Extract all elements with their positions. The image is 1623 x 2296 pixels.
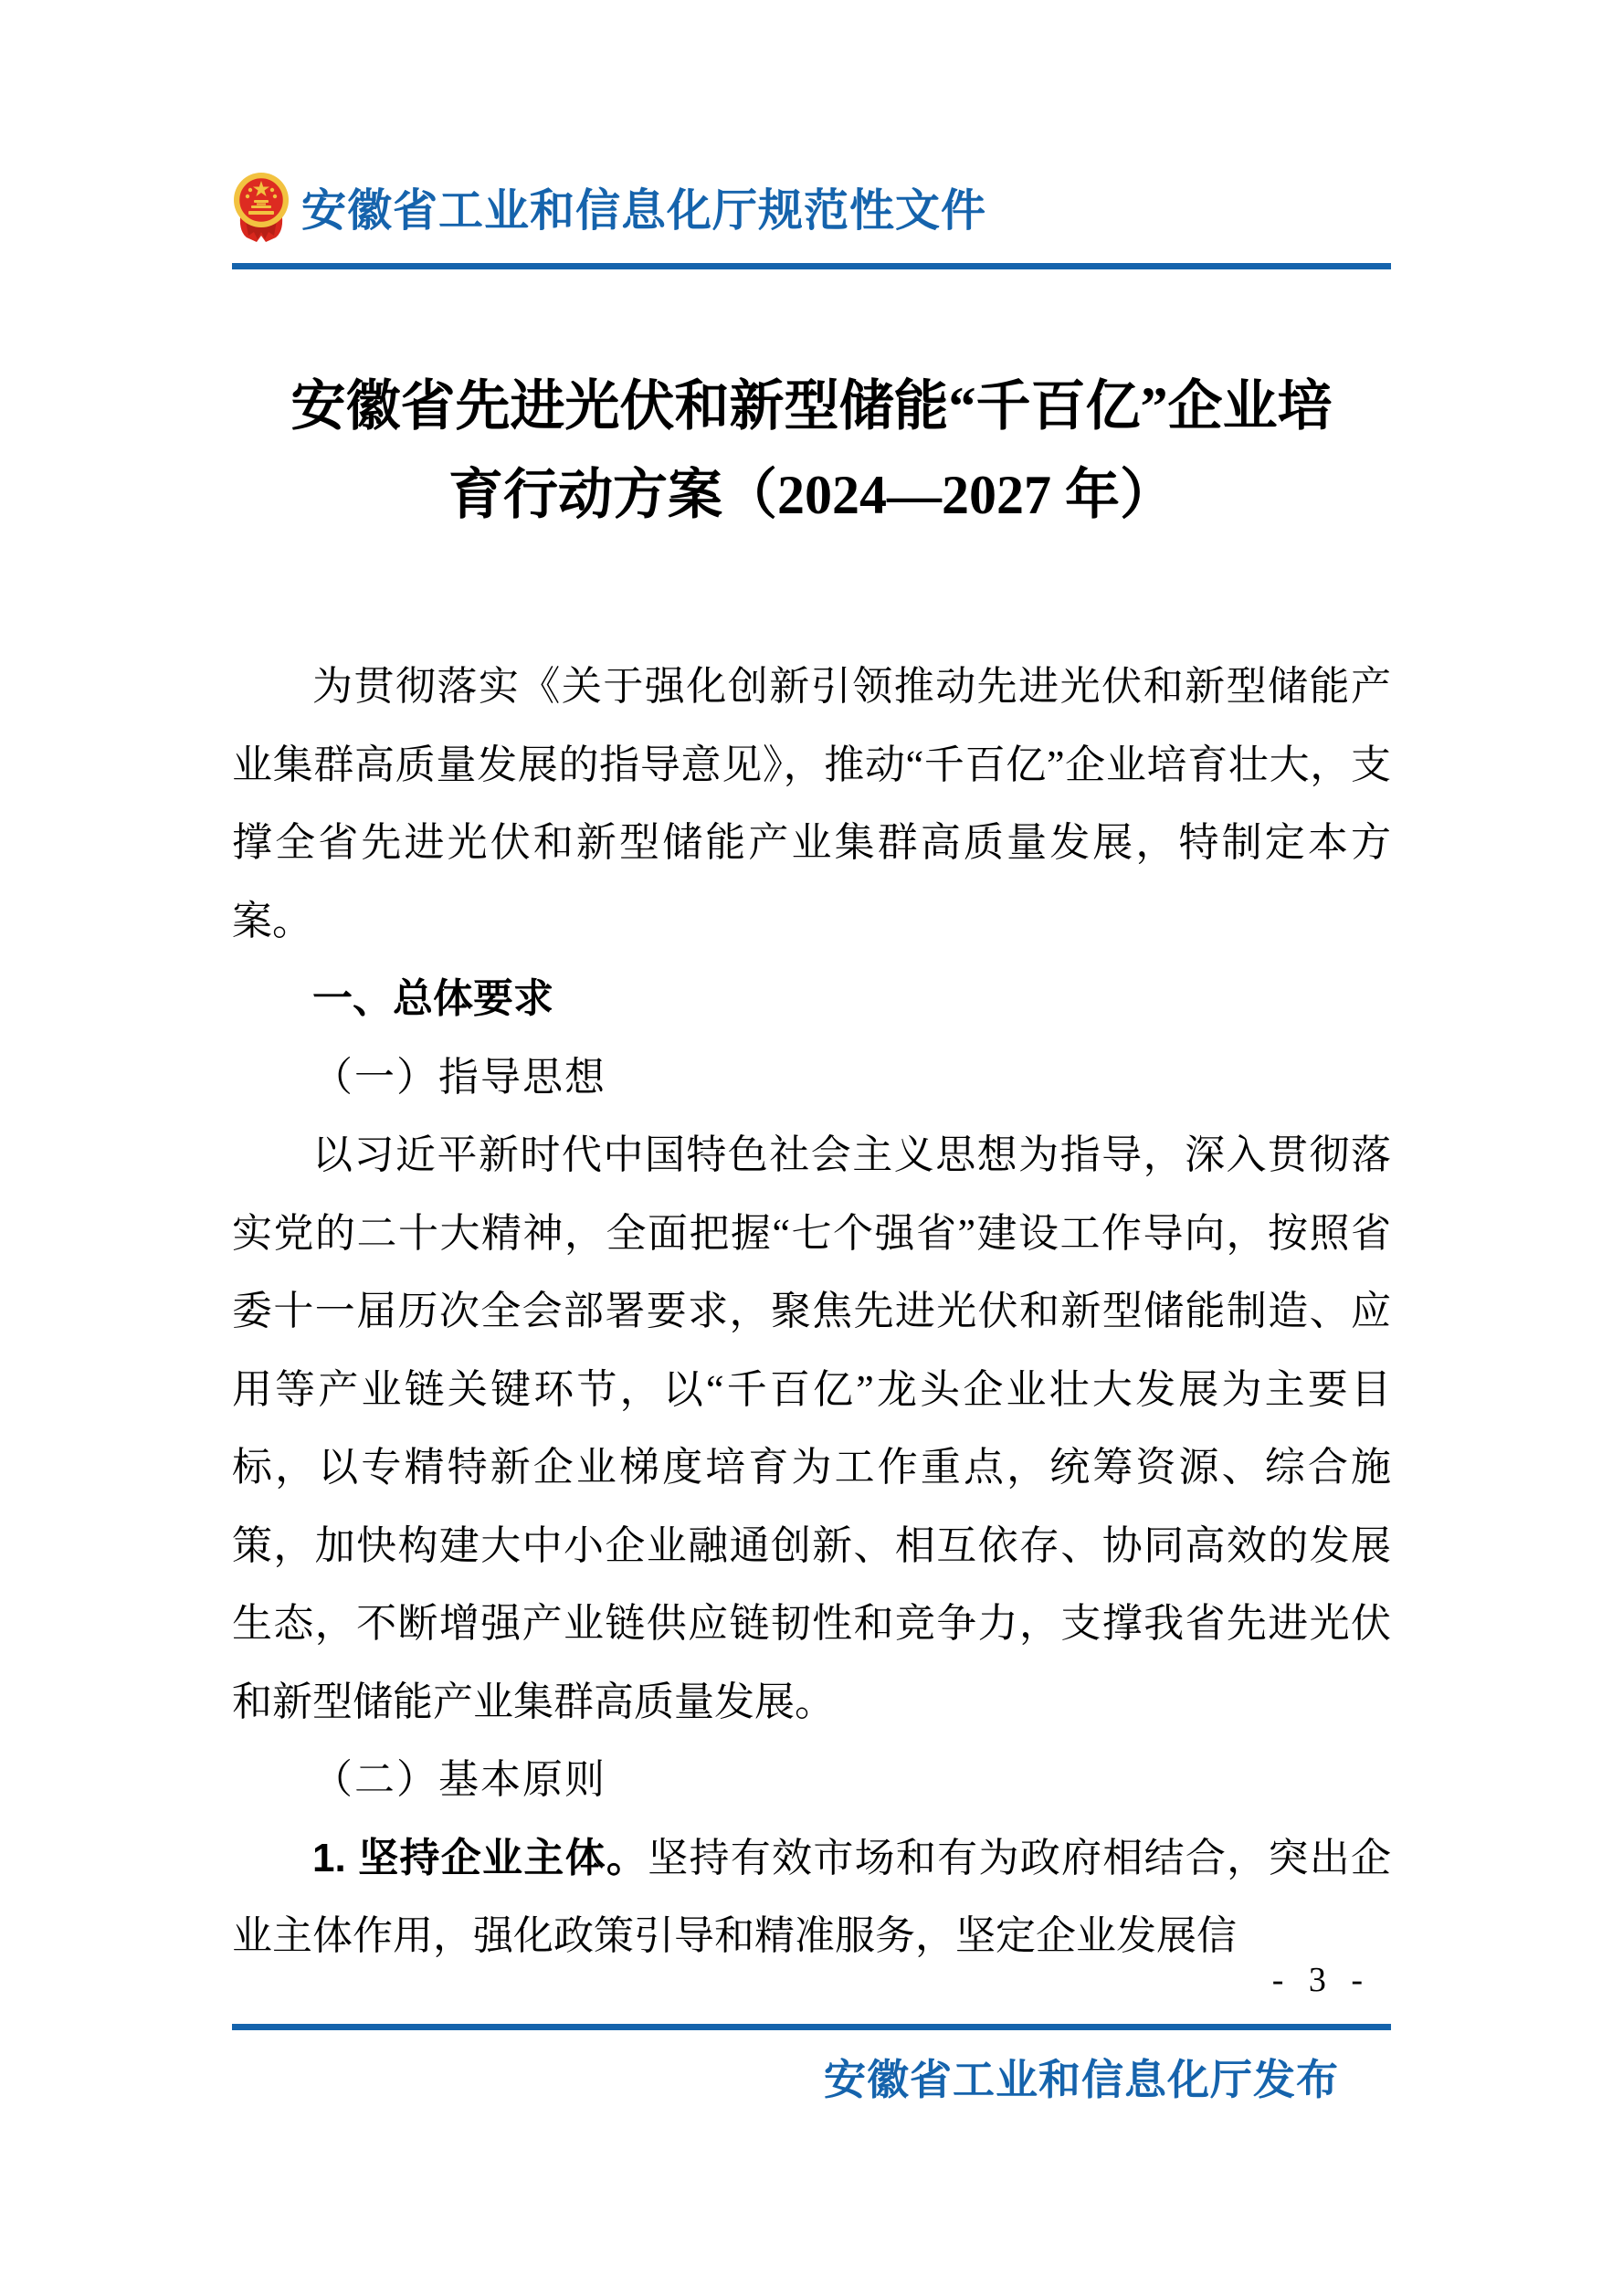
footer-publisher: 安徽省工业和信息化厅发布 xyxy=(824,2047,1339,2107)
paragraph-lead-bold: 1. 坚持企业主体。 xyxy=(312,1836,648,1880)
section-heading: （二）基本原则 xyxy=(232,1741,1391,1819)
document-body: 为贯彻落实《关于强化创新引领推动先进光伏和新型储能产业集群高质量发展的指导意见》… xyxy=(232,648,1391,1975)
document-title-line1: 安徽省先进光伏和新型储能“千百亿”企业培 xyxy=(232,363,1391,451)
document-title-line2: 育行动方案（2024—2027 年） xyxy=(232,451,1391,540)
section-heading: 一、总体要求 xyxy=(232,960,1391,1038)
paragraph: 以习近平新时代中国特色社会主义思想为指导，深入贯彻落实党的二十大精神，全面把握“… xyxy=(232,1116,1391,1741)
page-number: - 3 - xyxy=(1272,1960,1371,2000)
header-banner-text: 安徽省工业和信息化厅规范性文件 xyxy=(301,175,986,239)
document-header: 安徽省工业和信息化厅规范性文件 xyxy=(232,172,1391,243)
paragraph: 为贯彻落实《关于强化创新引领推动先进光伏和新型储能产业集群高质量发展的指导意见》… xyxy=(232,648,1391,960)
paragraph: 1. 坚持企业主体。坚持有效市场和有为政府相结合，突出企业主体作用，强化政策引导… xyxy=(232,1819,1391,1975)
document-page: 安徽省工业和信息化厅规范性文件 安徽省先进光伏和新型储能“千百亿”企业培 育行动… xyxy=(0,0,1623,2296)
section-heading: （一）指导思想 xyxy=(232,1038,1391,1117)
china-national-emblem-icon xyxy=(232,172,290,243)
document-title: 安徽省先进光伏和新型储能“千百亿”企业培 育行动方案（2024—2027 年） xyxy=(232,363,1391,540)
footer-divider xyxy=(232,2024,1391,2030)
header-divider xyxy=(232,263,1391,269)
